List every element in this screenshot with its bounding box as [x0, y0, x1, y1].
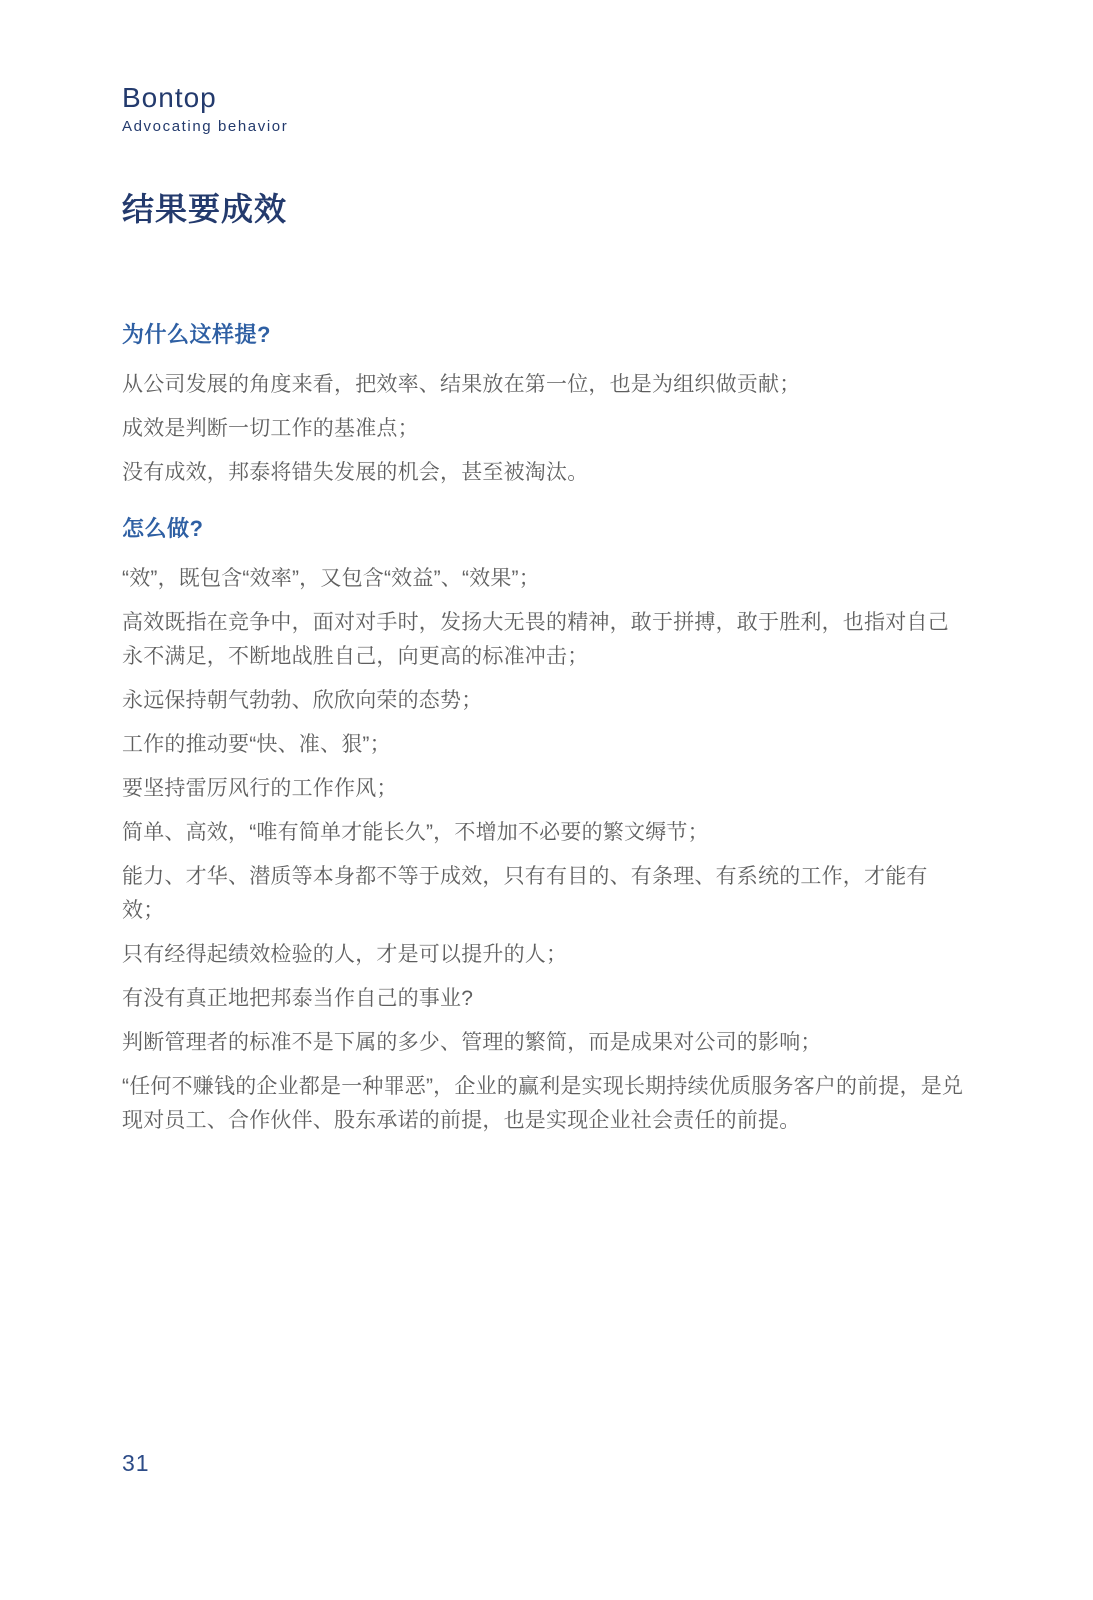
paragraph: 只有经得起绩效检验的人，才是可以提升的人；	[122, 938, 965, 972]
paragraph: 工作的推动要“快、准、狠”；	[122, 728, 965, 762]
paragraph: “任何不赚钱的企业都是一种罪恶”，企业的赢利是实现长期持续优质服务客户的前提，是…	[122, 1070, 965, 1138]
paragraph: 有没有真正地把邦泰当作自己的事业?	[122, 982, 965, 1016]
logo-wordmark: Bontop	[122, 82, 965, 114]
paragraph: 要坚持雷厉风行的工作作风；	[122, 772, 965, 806]
company-logo: Bontop Advocating behavior	[122, 82, 965, 136]
section-heading-how: 怎么做?	[122, 514, 965, 544]
paragraph: 高效既指在竞争中，面对对手时，发扬大无畏的精神，敢于拼搏，敢于胜利，也指对自己永…	[122, 606, 965, 674]
section-heading-why: 为什么这样提?	[122, 320, 965, 350]
paragraph: 能力、才华、潜质等本身都不等于成效，只有有目的、有条理、有系统的工作，才能有效；	[122, 860, 965, 928]
page-number: 31	[122, 1450, 150, 1477]
page-title: 结果要成效	[122, 188, 965, 230]
section-how: 怎么做? “效”，既包含“效率”，又包含“效益”、“效果”； 高效既指在竞争中，…	[122, 514, 965, 1138]
paragraph: 成效是判断一切工作的基准点；	[122, 412, 965, 446]
page-content: Bontop Advocating behavior 结果要成效 为什么这样提?…	[0, 0, 1093, 1138]
paragraph: 简单、高效，“唯有简单才能长久”，不增加不必要的繁文缛节；	[122, 816, 965, 850]
paragraph: 没有成效，邦泰将错失发展的机会，甚至被淘汰。	[122, 456, 965, 490]
document-page: Bontop Advocating behavior 结果要成效 为什么这样提?…	[0, 0, 1093, 1600]
paragraph: 从公司发展的角度来看，把效率、结果放在第一位，也是为组织做贡献；	[122, 368, 965, 402]
section-why: 为什么这样提? 从公司发展的角度来看，把效率、结果放在第一位，也是为组织做贡献；…	[122, 320, 965, 490]
paragraph: 判断管理者的标准不是下属的多少、管理的繁简，而是成果对公司的影响；	[122, 1026, 965, 1060]
logo-tagline: Advocating behavior	[122, 117, 965, 136]
paragraph: “效”，既包含“效率”，又包含“效益”、“效果”；	[122, 562, 965, 596]
paragraph: 永远保持朝气勃勃、欣欣向荣的态势；	[122, 684, 965, 718]
